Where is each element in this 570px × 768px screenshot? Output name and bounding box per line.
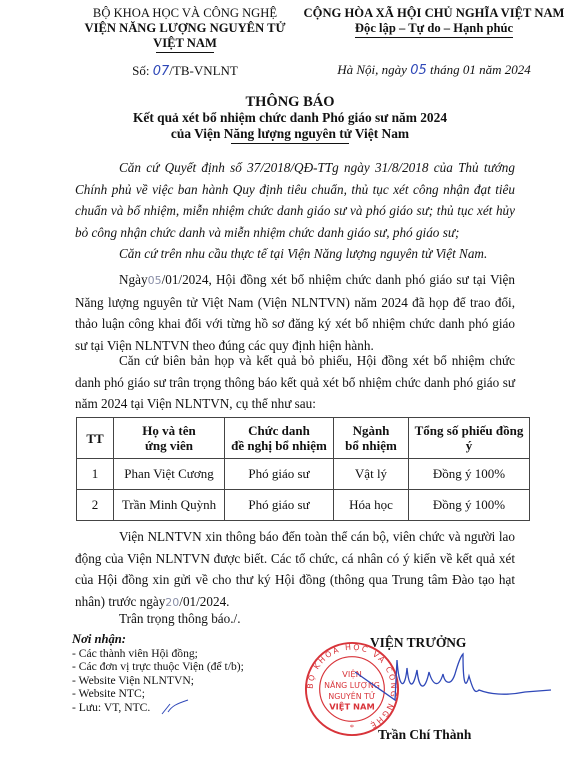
col-title: Chức danhđề nghị bổ nhiệm xyxy=(225,418,334,459)
recipient-item: - Các đơn vị trực thuộc Viện (để t/b); xyxy=(72,660,244,674)
recipients-label: Nơi nhận: xyxy=(72,633,244,647)
results-table: TT Họ và tênứng viên Chức danhđề nghị bổ… xyxy=(76,417,530,521)
title-subject: Kết quả xét bổ nhiệm chức danh Phó giáo … xyxy=(60,110,520,126)
issue-date: Hà Nội, ngày 05 tháng 01 năm 2024 xyxy=(300,62,568,78)
signer-position: VIỆN TRƯỞNG xyxy=(370,635,466,651)
header-divider xyxy=(156,52,214,53)
closing-line: Trân trọng thông báo./. xyxy=(75,608,515,630)
recipient-item: - Website NTC; xyxy=(72,687,244,701)
recipient-item: - Lưu: VT, NTC. xyxy=(72,701,244,715)
legal-basis-2: Căn cứ trên nhu cầu thực tế tại Viện Năn… xyxy=(75,243,515,265)
title-organization: của Viện Năng lượng nguyên tử Việt Nam xyxy=(60,126,520,142)
national-header: CỘNG HÒA XÃ HỘI CHỦ NGHĨA VIỆT NAM Độc l… xyxy=(300,6,568,38)
table-row: 2 Trần Minh Quỳnh Phó giáo sư Hóa học Đồ… xyxy=(77,490,530,521)
initials-mark-icon xyxy=(160,698,190,718)
col-votes: Tổng số phiếu đồng ý xyxy=(409,418,530,459)
institute-name-line1: VIỆN NĂNG LƯỢNG NGUYÊN TỬ xyxy=(60,21,310,36)
svg-text:*: * xyxy=(350,722,354,732)
col-field: Ngànhbổ nhiệm xyxy=(334,418,409,459)
feedback-paragraph: Viện NLNTVN xin thông báo đến toàn thể c… xyxy=(75,526,515,613)
institute-name-line2: VIỆT NAM xyxy=(60,36,310,51)
handwritten-signature-icon xyxy=(355,650,555,710)
col-tt: TT xyxy=(77,418,114,459)
ministry-name: BỘ KHOA HỌC VÀ CÔNG NGHỆ xyxy=(60,6,310,21)
meeting-paragraph: Ngày05/01/2024, Hội đồng xét bổ nhiệm ch… xyxy=(75,269,515,356)
document-number: Số: 07/TB-VNLNT xyxy=(60,63,310,79)
col-name: Họ và tênứng viên xyxy=(114,418,225,459)
table-header-row: TT Họ và tênứng viên Chức danhđề nghị bổ… xyxy=(77,418,530,459)
recipient-item: - Các thành viên Hội đồng; xyxy=(72,647,244,661)
handwritten-number: 07 xyxy=(153,64,170,79)
recipients-block: Nơi nhận: - Các thành viên Hội đồng; - C… xyxy=(72,633,244,714)
document-title: THÔNG BÁO Kết quả xét bổ nhiệm chức danh… xyxy=(60,94,520,144)
handwritten-day: 05 xyxy=(410,63,427,78)
legal-basis-1: Căn cứ Quyết định số 37/2018/QĐ-TTg ngày… xyxy=(75,157,515,243)
signer-name: Trần Chí Thành xyxy=(378,727,471,743)
table-row: 1 Phan Việt Cương Phó giáo sư Vật lý Đồn… xyxy=(77,459,530,490)
result-intro-paragraph: Căn cứ biên bản họp và kết quả bỏ phiếu,… xyxy=(75,350,515,415)
issuer-header: BỘ KHOA HỌC VÀ CÔNG NGHỆ VIỆN NĂNG LƯỢNG… xyxy=(60,6,310,79)
title-main: THÔNG BÁO xyxy=(60,94,520,110)
handwritten-meeting-day: 05 xyxy=(148,274,162,287)
recipient-item: - Website Viện NLNTVN; xyxy=(72,674,244,688)
national-motto: Độc lập – Tự do – Hạnh phúc xyxy=(355,21,513,38)
handwritten-deadline-day: 20 xyxy=(165,596,179,609)
country-name: CỘNG HÒA XÃ HỘI CHỦ NGHĨA VIỆT NAM xyxy=(300,6,568,21)
title-divider xyxy=(231,143,349,144)
